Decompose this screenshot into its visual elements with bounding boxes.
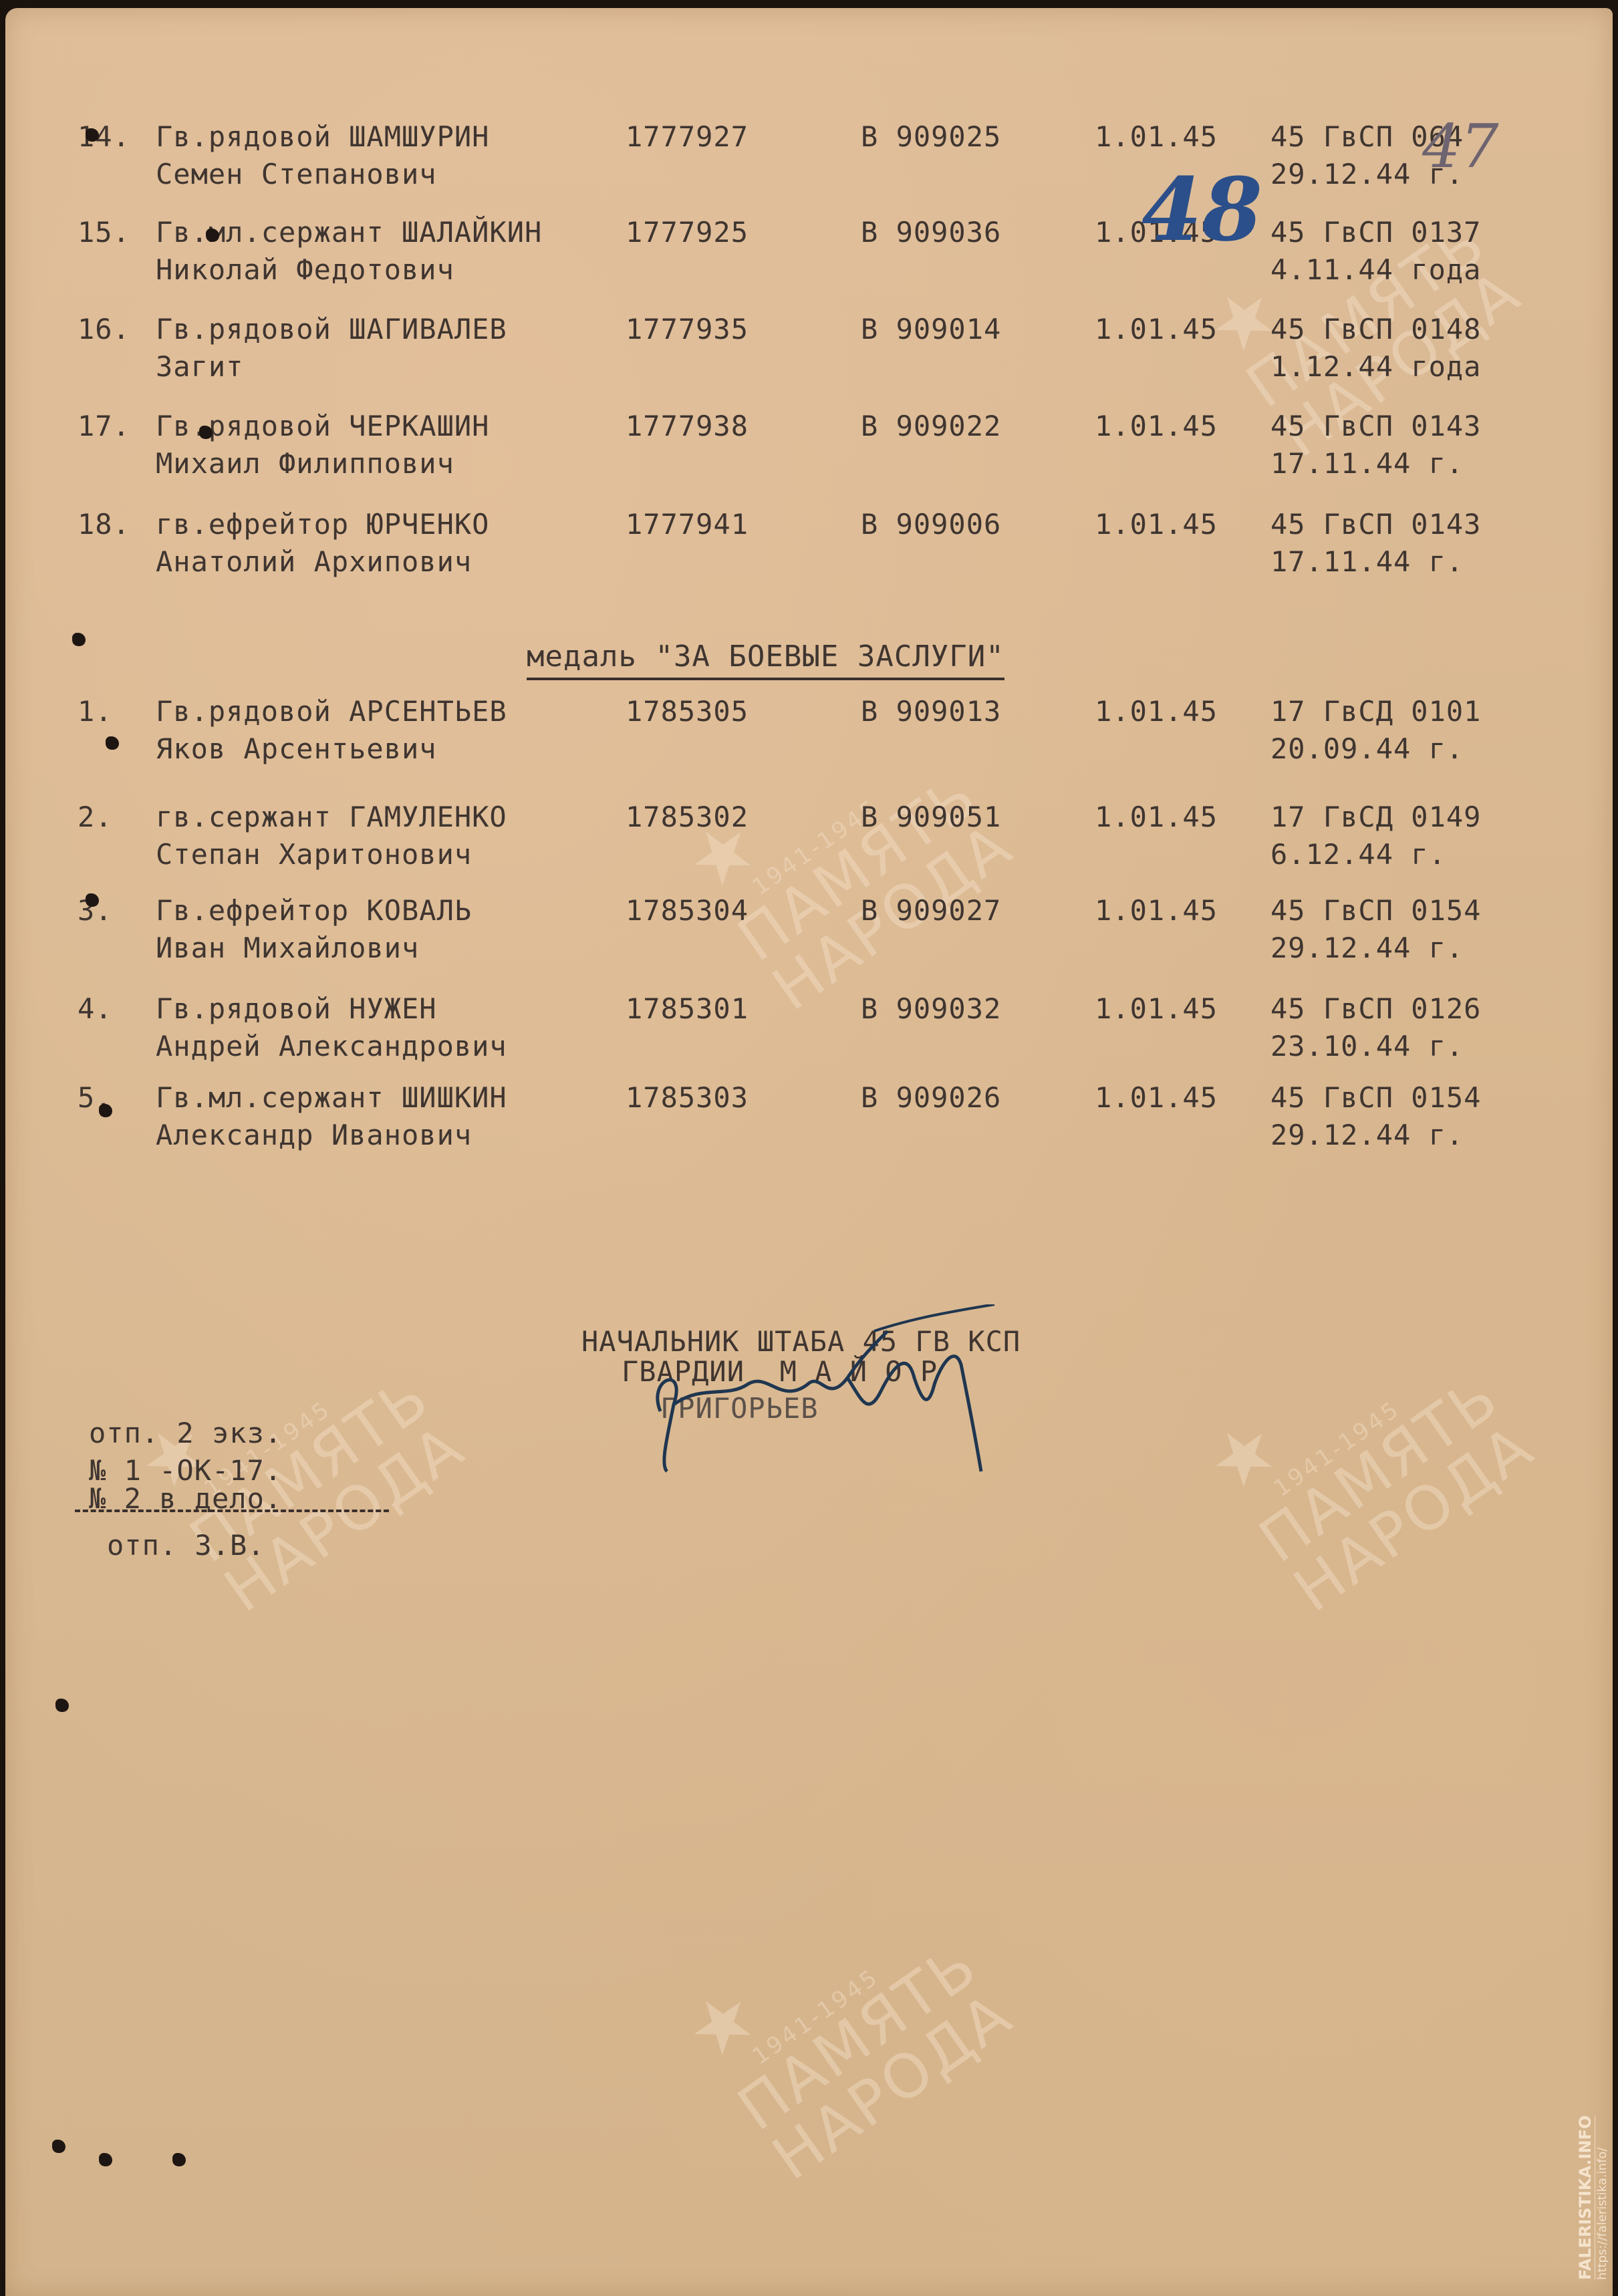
rank-and-surname: гв.сержант ГАМУЛЕНКО	[156, 803, 507, 831]
copy-2-note: № 2 в дело.	[89, 1485, 282, 1513]
punch-hole	[52, 2140, 65, 2153]
row-number: 1.	[78, 698, 113, 726]
watermark: ★ 1941-1945 ПАМЯТЬ НАРОДА	[1195, 1288, 1544, 1622]
issue-date: 1.01.45	[1095, 1084, 1218, 1112]
certificate-number: В 909006	[861, 511, 1001, 539]
given-names: Михаил Филиппович	[156, 450, 454, 478]
order-date: 1.12.44 года	[1270, 353, 1481, 381]
copy-1-note: № 1 -ОК-17.	[89, 1457, 282, 1485]
certificate-number: В 909026	[861, 1084, 1001, 1112]
order-reference: 17 ГвСД 0149	[1270, 803, 1481, 831]
order-date: 23.10.44 г.	[1270, 1032, 1464, 1060]
row-number: 17.	[78, 412, 130, 440]
issue-date: 1.01.45	[1095, 698, 1218, 726]
medal-number: 1777935	[626, 315, 749, 343]
medal-number: 1785303	[626, 1084, 749, 1112]
row-number: 2.	[78, 803, 113, 831]
certificate-number: В 909014	[861, 315, 1001, 343]
order-date: 17.11.44 г.	[1270, 450, 1464, 478]
order-reference: 17 ГвСД 0101	[1270, 698, 1481, 726]
punch-hole	[55, 1699, 69, 1712]
given-names: Андрей Александрович	[156, 1032, 507, 1060]
certificate-number: В 909013	[861, 698, 1001, 726]
order-reference: 45 ГвСП 0126	[1270, 995, 1481, 1023]
handwritten-page-number: 48	[1141, 158, 1262, 261]
order-reference: 45 ГвСП 0154	[1270, 1084, 1481, 1112]
medal-number: 1785302	[626, 803, 749, 831]
issue-date: 1.01.45	[1095, 123, 1218, 151]
watermark: ★ 1941-1945 ПАМЯТЬ НАРОДА	[674, 1856, 1023, 2190]
order-reference: 45 ГвСП 0143	[1270, 412, 1481, 440]
document-page: ★ 1941-1945 ПАМЯТЬ НАРОДА ★ 1941-1945 ПА…	[5, 8, 1613, 2296]
order-date: 29.12.44 г.	[1270, 934, 1464, 962]
certificate-number: В 909025	[861, 123, 1001, 151]
issue-date: 1.01.45	[1095, 995, 1218, 1023]
order-reference: 45 ГвСП 0137	[1270, 219, 1481, 247]
order-date: 4.11.44 года	[1270, 256, 1481, 284]
given-names: Яков Арсентьевич	[156, 735, 437, 763]
medal-number: 1777925	[626, 219, 749, 247]
certificate-number: В 909027	[861, 897, 1001, 925]
typist-note: отп. З.В.	[107, 1532, 265, 1560]
issue-date: 1.01.45	[1095, 511, 1218, 539]
medal-number: 1785301	[626, 995, 749, 1023]
issue-date: 1.01.45	[1095, 412, 1218, 440]
row-number: 15.	[78, 219, 130, 247]
rank-and-surname: Гв.мл.сержант ШИШКИН	[156, 1084, 507, 1112]
order-reference: 45 ГвСП 0154	[1270, 897, 1481, 925]
given-names: Степан Харитонович	[156, 841, 472, 869]
given-names: Иван Михайлович	[156, 934, 419, 962]
rank-and-surname: Гв.рядовой ШАГИВАЛЕВ	[156, 315, 507, 343]
punch-hole	[106, 736, 119, 750]
issue-date: 1.01.45	[1095, 897, 1218, 925]
issue-date: 1.01.45	[1095, 315, 1218, 343]
punch-hole	[99, 1104, 112, 1117]
medal-number: 1777941	[626, 511, 749, 539]
punch-hole	[206, 229, 219, 242]
issue-date: 1.01.45	[1095, 803, 1218, 831]
handwritten-grey-mark: 47	[1422, 112, 1499, 182]
section-heading: медаль "ЗА БОЕВЫЕ ЗАСЛУГИ"	[527, 639, 1004, 680]
source-watermark: FALERISTIKA.INFO https://faleristika.inf…	[1576, 2116, 1609, 2280]
order-date: 17.11.44 г.	[1270, 548, 1464, 576]
given-names: Николай Федотович	[156, 256, 454, 284]
order-date: 20.09.44 г.	[1270, 735, 1464, 763]
given-names: Анатолий Архипович	[156, 548, 472, 576]
certificate-number: В 909032	[861, 995, 1001, 1023]
row-number: 18.	[78, 511, 130, 539]
punch-hole	[172, 2153, 186, 2166]
notes-divider	[75, 1510, 389, 1512]
copies-note: отп. 2 экз.	[89, 1419, 282, 1447]
given-names: Александр Иванович	[156, 1121, 472, 1149]
punch-hole	[99, 2153, 112, 2166]
row-number: 16.	[78, 315, 130, 343]
certificate-number: В 909022	[861, 412, 1001, 440]
rank-and-surname: Гв.рядовой ШАМШУРИН	[156, 123, 489, 151]
given-names: Семен Степанович	[156, 160, 437, 188]
medal-number: 1777927	[626, 123, 749, 151]
rank-and-surname: гв.ефрейтор ЮРЧЕНКО	[156, 511, 489, 539]
medal-number: 1785304	[626, 897, 749, 925]
rank-and-surname: Гв.ефрейтор КОВАЛЬ	[156, 897, 472, 925]
handwritten-signature	[647, 1304, 1075, 1478]
watermark: ★ 1941-1945 ПАМЯТЬ НАРОДА	[674, 686, 1023, 1021]
certificate-number: В 909036	[861, 219, 1001, 247]
given-names: Загит	[156, 353, 243, 381]
medal-number: 1777938	[626, 412, 749, 440]
punch-hole	[72, 633, 86, 646]
punch-hole	[86, 893, 99, 907]
medal-number: 1785305	[626, 698, 749, 726]
order-reference: 45 ГвСП 0143	[1270, 511, 1481, 539]
rank-and-surname: Гв.рядовой АРСЕНТЬЕВ	[156, 698, 507, 726]
certificate-number: В 909051	[861, 803, 1001, 831]
order-date: 29.12.44 г.	[1270, 1121, 1464, 1149]
order-reference: 45 ГвСП 0148	[1270, 315, 1481, 343]
row-number: 4.	[78, 995, 113, 1023]
punch-hole	[86, 128, 99, 142]
punch-hole	[199, 426, 213, 439]
order-date: 6.12.44 г.	[1270, 841, 1446, 869]
rank-and-surname: Гв.рядовой НУЖЕН	[156, 995, 437, 1023]
